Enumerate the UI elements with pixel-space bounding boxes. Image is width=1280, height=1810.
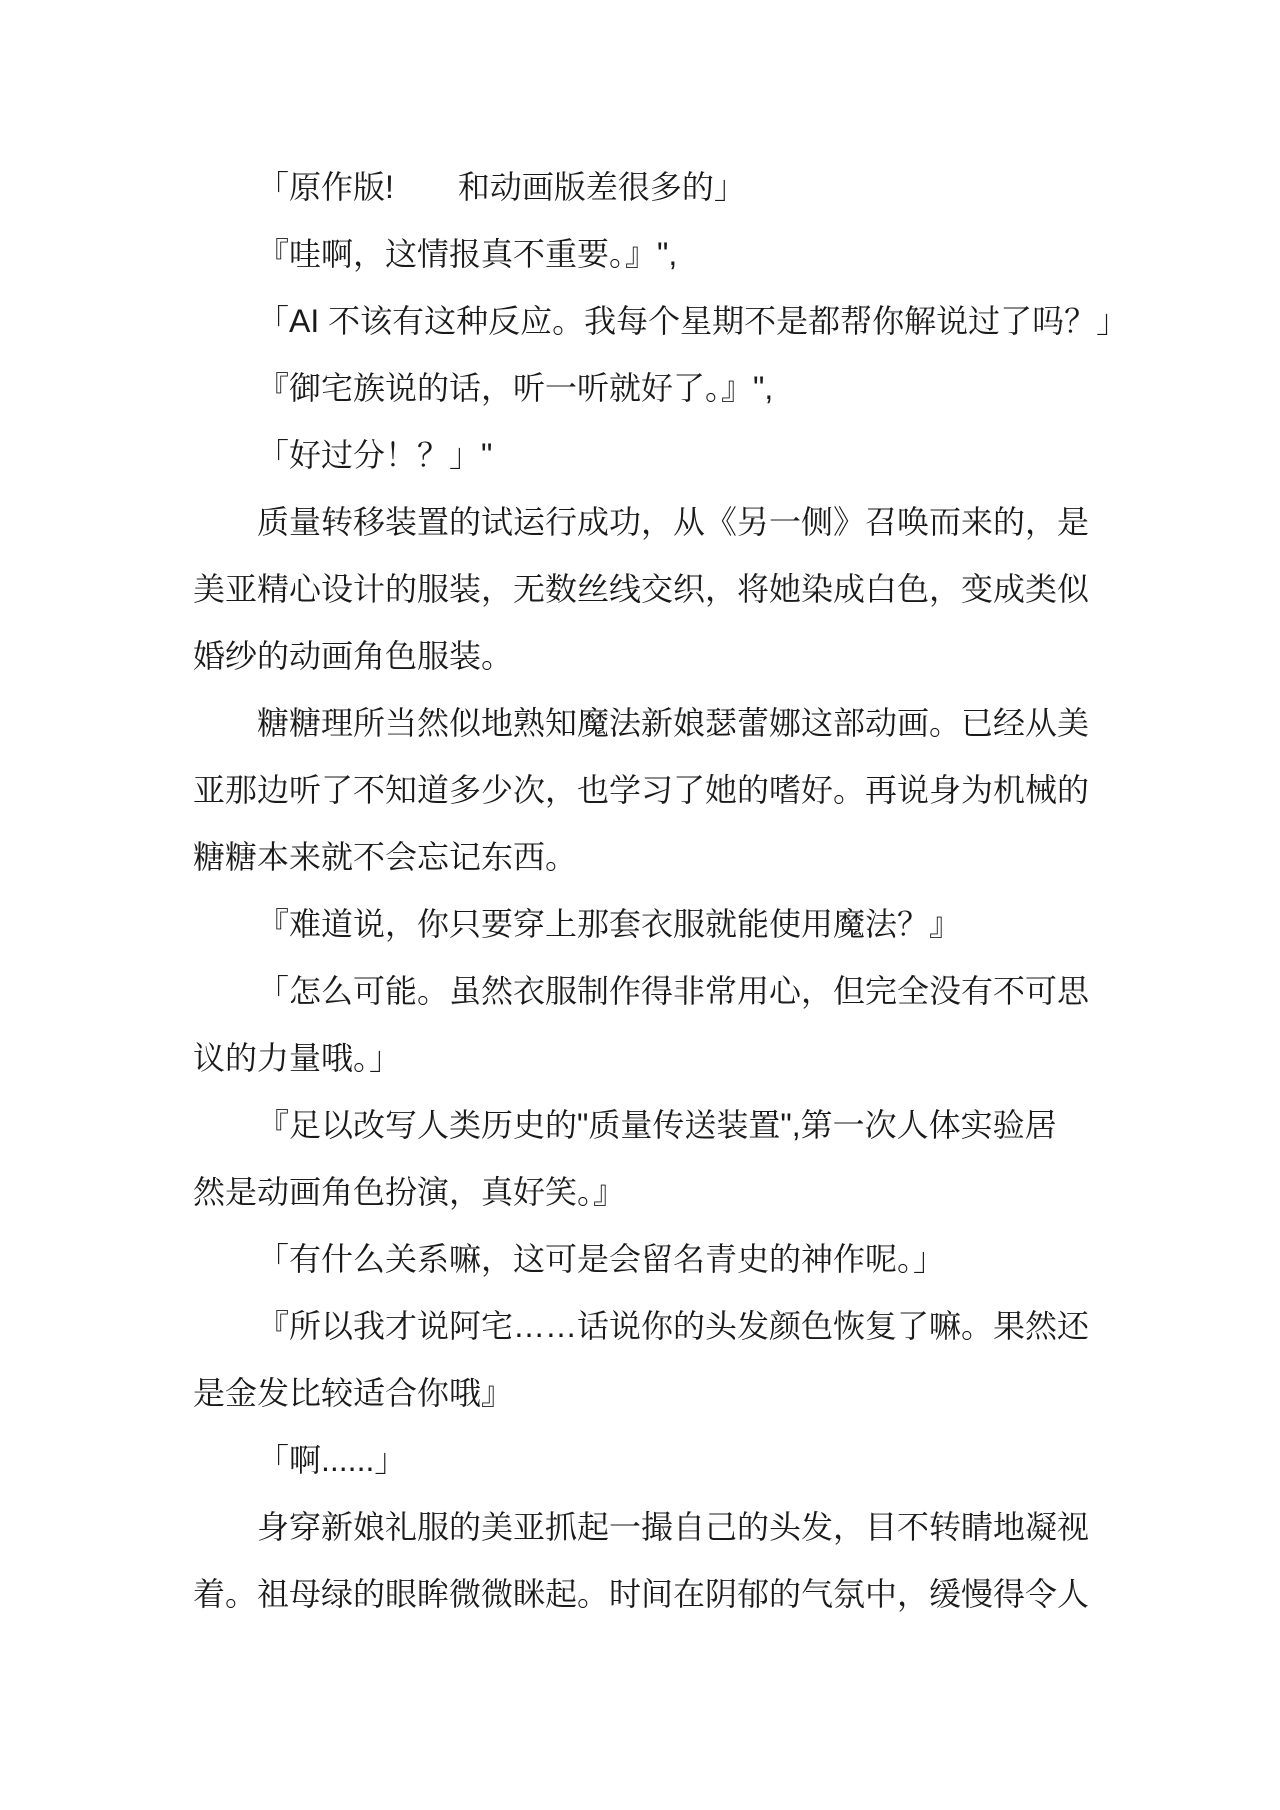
paragraph-narration: 身穿新娘礼服的美亚抓起一撮自己的头发，目不转睛地凝视 着。祖母绿的眼眸微微眯起。… xyxy=(193,1494,1178,1628)
paragraph-dialogue: 「AI 不该有这种反应。我每个星期不是都帮你解说过了吗？」 xyxy=(193,288,1178,355)
paragraph-dialogue: 「好过分！？」" xyxy=(193,422,1178,489)
paragraph-narration: 糖糖理所当然似地熟知魔法新娘瑟蕾娜这部动画。已经从美 亚那边听了不知道多少次，也… xyxy=(193,690,1178,891)
paragraph-dialogue: 『哇啊，这情报真不重要。』", xyxy=(193,221,1178,288)
paragraph-narration: 质量转移装置的试运行成功，从《另一侧》召唤而来的，是 美亚精心设计的服装，无数丝… xyxy=(193,489,1178,690)
paragraph-dialogue: 『御宅族说的话，听一听就好了。』", xyxy=(193,355,1178,422)
paragraph-dialogue: 「有什么关系嘛，这可是会留名青史的神作呢。」 xyxy=(193,1226,1178,1293)
paragraph-dialogue: 『难道说，你只要穿上那套衣服就能使用魔法？』 xyxy=(193,891,1178,958)
novel-page: 「原作版! 和动画版差很多的」 『哇啊，这情报真不重要。』", 「AI 不该有这… xyxy=(0,0,1280,1810)
paragraph-dialogue: 「啊......」 xyxy=(193,1427,1178,1494)
paragraph-dialogue: 「怎么可能。虽然衣服制作得非常用心，但完全没有不可思 议的力量哦。」 xyxy=(193,958,1178,1092)
paragraph-dialogue: 「原作版! 和动画版差很多的」 xyxy=(193,154,1178,221)
paragraph-dialogue: 『足以改写人类历史的"质量传送装置",第一次人体实验居 然是动画角色扮演，真好笑… xyxy=(193,1092,1178,1226)
novel-text-block: 「原作版! 和动画版差很多的」 『哇啊，这情报真不重要。』", 「AI 不该有这… xyxy=(193,154,1178,1628)
paragraph-dialogue: 『所以我才说阿宅……话说你的头发颜色恢复了嘛。果然还 是金发比较适合你哦』 xyxy=(193,1293,1178,1427)
